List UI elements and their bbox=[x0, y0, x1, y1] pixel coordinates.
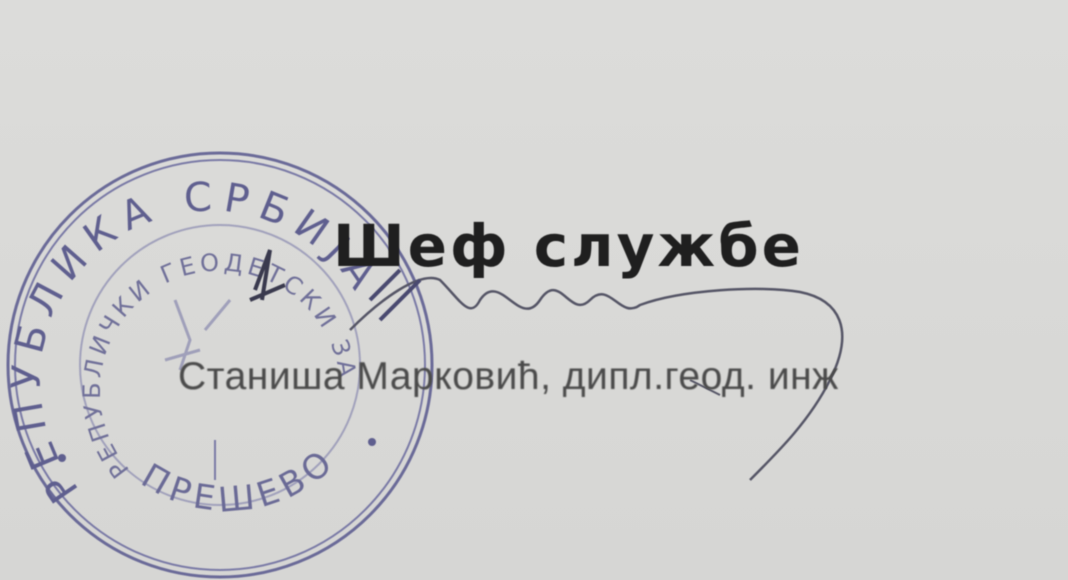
document-page: РЕПУБЛИКА СРБИЈА РЕПУБЛИЧКИ ГЕОДЕТСКИ ЗА… bbox=[0, 0, 1068, 580]
svg-text:ПРЕШЕВО: ПРЕШЕВО bbox=[135, 440, 345, 521]
signer-name-line: Станиша Марковић, дипл.геод. инж bbox=[178, 355, 839, 399]
position-title: Шеф службе bbox=[333, 212, 804, 280]
stamp-bottom-text: ПРЕШЕВО bbox=[135, 440, 345, 521]
